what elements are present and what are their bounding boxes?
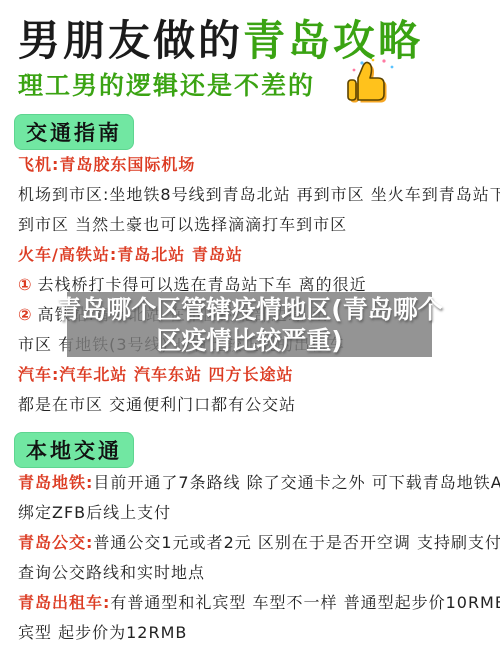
circled-two: ② xyxy=(18,305,33,324)
watermark-line-2: 区疫情比较严重) xyxy=(156,325,342,356)
page-subtitle: 理工男的逻辑还是不差的 xyxy=(18,66,315,102)
guide-line-train-stations: 火车/高铁站:青岛北站 青岛站 xyxy=(18,240,488,270)
guide-line-metro-1: 青岛地铁:目前开通了7条路线 除了交通卡之外 可下载青岛地铁APP xyxy=(18,468,488,498)
section-local-traffic: 青岛地铁:目前开通了7条路线 除了交通卡之外 可下载青岛地铁APP 绑定ZFB后… xyxy=(18,468,488,648)
thumbs-up-icon xyxy=(340,58,400,108)
guide-line-metro-2: 绑定ZFB后线上支付 xyxy=(18,498,488,528)
guide-poster: 男朋友做的青岛攻略 理工男的逻辑还是不差的 交通指南 飞机:青岛胶东 xyxy=(0,0,500,652)
guide-line-plane: 飞机:青岛胶东国际机场 xyxy=(18,150,488,180)
guide-line-bus-1: 青岛公交:普通公交1元或者2元 区别在于是否开空调 支持刷支付宝 xyxy=(18,528,488,558)
watermark-line-1: 青岛哪个区管辖疫情地区(青岛哪个 xyxy=(56,294,442,325)
circled-one: ① xyxy=(18,275,33,294)
guide-line-bus-2: 查询公交路线和实时地点 xyxy=(18,558,488,588)
guide-line-airport-1: 机场到市区:坐地铁8号线到青岛北站 再到市区 坐火车到青岛站下车 xyxy=(18,180,488,210)
guide-line-bus-note: 都是在市区 交通便利门口都有公交站 xyxy=(18,390,488,420)
guide-line-taxi-1: 青岛出租车:有普通型和礼宾型 车型不一样 普通型起步价10RMB 礼 xyxy=(18,588,488,618)
section-traffic-guide: 飞机:青岛胶东国际机场 机场到市区:坐地铁8号线到青岛北站 再到市区 坐火车到青… xyxy=(18,150,488,420)
guide-line-airport-2: 到市区 当然土豪也可以选择滴滴打车到市区 xyxy=(18,210,488,240)
page-title: 男朋友做的青岛攻略 xyxy=(18,8,488,68)
watermark-overlay: 青岛哪个区管辖疫情地区(青岛哪个 区疫情比较严重) xyxy=(67,292,432,357)
guide-line-bus-stations: 汽车:汽车北站 汽车东站 四方长途站 xyxy=(18,360,488,390)
section-badge-local-traffic: 本地交通 xyxy=(14,432,134,468)
section-badge-traffic-guide: 交通指南 xyxy=(14,114,134,150)
title-black-part: 男朋友做的 xyxy=(18,16,243,65)
guide-line-taxi-2: 宾型 起步价为12RMB xyxy=(18,618,488,648)
